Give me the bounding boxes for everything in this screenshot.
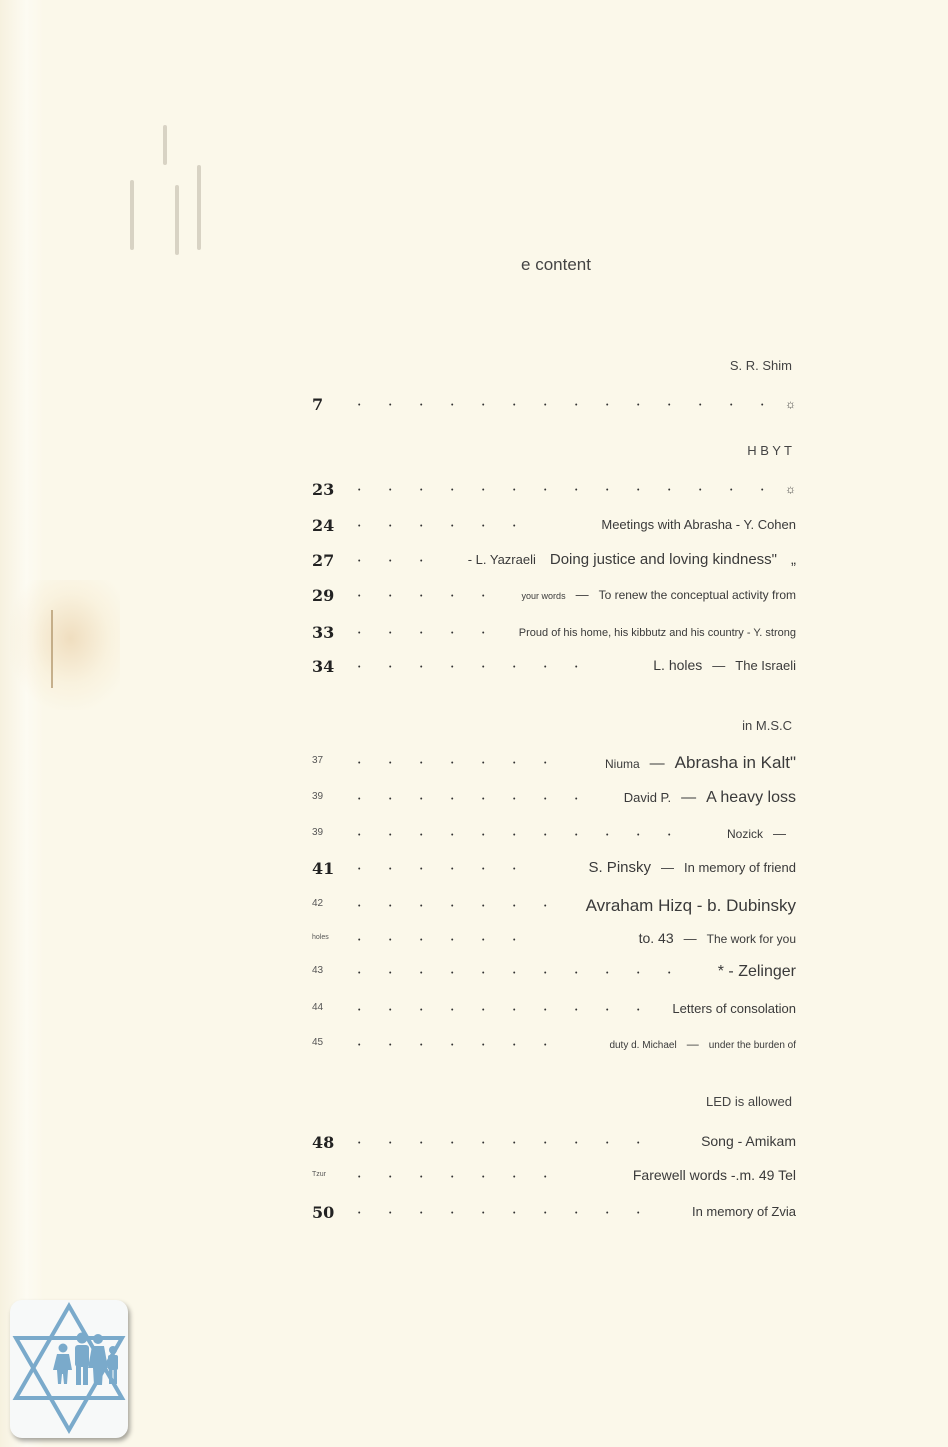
toc-entry[interactable]: 42•••••••Avraham Hizq - b. Dubinsky	[312, 896, 796, 920]
entry-text: to. 43	[639, 930, 674, 946]
entry-text: To renew the conceptual activity from	[599, 588, 796, 602]
paper-stain	[10, 580, 120, 710]
section-heading: LED is allowed	[706, 1094, 792, 1109]
page-number: 41	[312, 859, 334, 878]
toc-entry[interactable]: 7••••••••••••••☼	[312, 395, 796, 419]
page-number: 37	[312, 755, 323, 766]
entry-text: duty d. Michael	[609, 1040, 676, 1051]
toc-entry[interactable]: 41••••••S. Pinsky—In memory of friend	[312, 859, 796, 883]
entry-title: Nozick—	[727, 825, 796, 843]
toc-entry[interactable]: 33•••••Proud of his home, his kibbutz an…	[312, 623, 796, 647]
entry-text: In memory of friend	[684, 860, 796, 875]
entry-text: Farewell words -.m. 49 Tel	[633, 1167, 796, 1183]
dot-leader: ••••••	[358, 520, 544, 534]
bleed-through-marks	[125, 125, 215, 250]
page-number: 42	[312, 898, 323, 909]
entry-title: Proud of his home, his kibbutz and his c…	[519, 623, 796, 641]
page-number: 50	[312, 1203, 334, 1222]
dot-leader: ••••••••	[358, 793, 606, 807]
entry-text: „	[791, 551, 796, 568]
entry-text: Meetings with Abrasha - Y. Cohen	[601, 517, 796, 532]
dot-leader: •••••••	[358, 1039, 575, 1053]
entry-title: duty d. Michael—under the burden of	[609, 1035, 796, 1053]
toc-entry[interactable]: 37•••••••Niuma—Abrasha in Kalt"	[312, 753, 796, 777]
page-number: holes	[312, 934, 329, 941]
entry-title: David P.—A heavy loss	[624, 789, 796, 807]
dot-leader: •••	[358, 555, 451, 569]
entry-title: * - Zelinger	[718, 963, 796, 981]
page-number: 34	[312, 657, 334, 676]
page-number: 44	[312, 1002, 323, 1013]
entry-text: Nozick	[727, 827, 763, 841]
dot-leader: •••••••	[358, 1171, 575, 1185]
page-number: 29	[312, 586, 334, 605]
page-number: 27	[312, 551, 334, 570]
toc-entry[interactable]: 48••••••••••Song - Amikam	[312, 1133, 796, 1157]
page-number: 43	[312, 965, 323, 976]
entry-title: Farewell words -.m. 49 Tel	[633, 1167, 796, 1185]
page-number: 39	[312, 791, 323, 802]
dash-separator: —	[773, 826, 786, 841]
star-of-david-family-icon	[10, 1300, 128, 1438]
dot-leader: •••••	[358, 590, 513, 604]
entry-title: Song - Amikam	[701, 1133, 796, 1151]
dot-leader: ••••••••••••••	[358, 484, 792, 498]
entry-text: Abrasha in Kalt"	[675, 753, 796, 772]
dot-leader: ••••••••••	[358, 1207, 668, 1221]
entry-text: ☼	[785, 397, 796, 411]
dot-leader: •••••••••••	[358, 967, 699, 981]
section-heading: in M.S.C	[742, 718, 792, 733]
entry-text: your words	[522, 591, 566, 601]
entry-text: David P.	[624, 790, 671, 805]
dash-separator: —	[576, 587, 589, 602]
page-number: 7	[312, 395, 323, 414]
entry-text: Doing justice and loving kindness"	[550, 551, 777, 568]
dot-leader: ••••••	[358, 934, 544, 948]
dash-separator: —	[650, 755, 665, 772]
dot-leader: •••••	[358, 627, 513, 641]
paper-crease	[51, 610, 53, 688]
entry-title: ☼	[785, 395, 796, 413]
toc-entry[interactable]: 50••••••••••In memory of Zvia	[312, 1203, 796, 1227]
entry-title: Avraham Hizq - b. Dubinsky	[586, 896, 796, 916]
dash-separator: —	[681, 789, 696, 806]
toc-entry[interactable]: 24••••••Meetings with Abrasha - Y. Cohen	[312, 516, 796, 540]
entry-text: In memory of Zvia	[692, 1204, 796, 1219]
dot-leader: ••••••	[358, 863, 544, 877]
page-number: 33	[312, 623, 334, 642]
page-number: Tzur	[312, 1171, 326, 1178]
entry-text: L. holes	[653, 657, 702, 673]
entry-title: your words—To renew the conceptual activ…	[522, 586, 796, 604]
entry-title: Niuma—Abrasha in Kalt"	[605, 753, 796, 773]
dot-leader: •••••••	[358, 900, 575, 914]
section-heading: H B Y T	[747, 443, 792, 458]
entry-text: Song - Amikam	[701, 1133, 796, 1149]
toc-entry[interactable]: 39•••••••••••Nozick—	[312, 825, 796, 849]
entry-text: S. Pinsky	[588, 859, 651, 876]
entry-text: under the burden of	[709, 1040, 796, 1051]
entry-text: Proud of his home, his kibbutz and his c…	[519, 627, 796, 639]
page-number: 23	[312, 480, 334, 499]
dot-leader: •••••••••••	[358, 829, 699, 843]
toc-entry[interactable]: 34••••••••L. holes—The Israeli	[312, 657, 796, 681]
entry-text: * - Zelinger	[718, 963, 796, 980]
dash-separator: —	[684, 931, 697, 946]
entry-text: - L. Yazraeli	[468, 552, 536, 567]
toc-entry[interactable]: 44••••••••••Letters of consolation	[312, 1000, 796, 1024]
dot-leader: ••••••••	[358, 661, 606, 675]
toc-entry[interactable]: 45•••••••duty d. Michael—under the burde…	[312, 1035, 796, 1059]
entry-text: The Israeli	[735, 658, 796, 673]
dash-separator: —	[712, 658, 725, 673]
dot-leader: ••••••••••	[358, 1004, 668, 1018]
page-number: 45	[312, 1037, 323, 1048]
toc-entry[interactable]: 27•••- L. YazraeliDoing justice and lovi…	[312, 551, 796, 575]
site-logo[interactable]	[10, 1300, 128, 1438]
entry-text: The work for you	[707, 932, 796, 946]
page-title: e content	[0, 255, 948, 275]
toc-entry[interactable]: 23••••••••••••••☼	[312, 480, 796, 504]
entry-title: Letters of consolation	[672, 1000, 796, 1018]
section-heading: S. R. Shim	[730, 358, 792, 373]
toc-entry[interactable]: 43•••••••••••* - Zelinger	[312, 963, 796, 987]
page-number: 39	[312, 827, 323, 838]
entry-text: ☼	[785, 482, 796, 496]
dot-leader: ••••••••••	[358, 1137, 668, 1151]
entry-text: A heavy loss	[706, 789, 796, 806]
entry-title: to. 43—The work for you	[639, 930, 796, 948]
page-number: 48	[312, 1133, 334, 1152]
entry-text: Letters of consolation	[672, 1001, 796, 1016]
entry-title: S. Pinsky—In memory of friend	[588, 859, 796, 877]
page-number: 24	[312, 516, 334, 535]
toc-entry[interactable]: 29•••••your words—To renew the conceptua…	[312, 586, 796, 610]
entry-title: ☼	[785, 480, 796, 498]
toc-entry[interactable]: holes••••••to. 43—The work for you	[312, 930, 796, 954]
entry-text: Avraham Hizq - b. Dubinsky	[586, 896, 796, 915]
dash-separator: —	[687, 1037, 699, 1051]
entry-title: L. holes—The Israeli	[653, 657, 796, 675]
dash-separator: —	[661, 860, 674, 875]
toc-entry[interactable]: 39••••••••David P.—A heavy loss	[312, 789, 796, 813]
entry-title: In memory of Zvia	[692, 1203, 796, 1221]
entry-text: Niuma	[605, 757, 640, 771]
toc-entry[interactable]: Tzur•••••••Farewell words -.m. 49 Tel	[312, 1167, 796, 1191]
page-edge	[0, 0, 44, 1447]
dot-leader: •••••••	[358, 757, 575, 771]
entry-title: - L. YazraeliDoing justice and loving ki…	[468, 551, 796, 569]
dot-leader: ••••••••••••••	[358, 399, 792, 413]
entry-title: Meetings with Abrasha - Y. Cohen	[601, 516, 796, 534]
